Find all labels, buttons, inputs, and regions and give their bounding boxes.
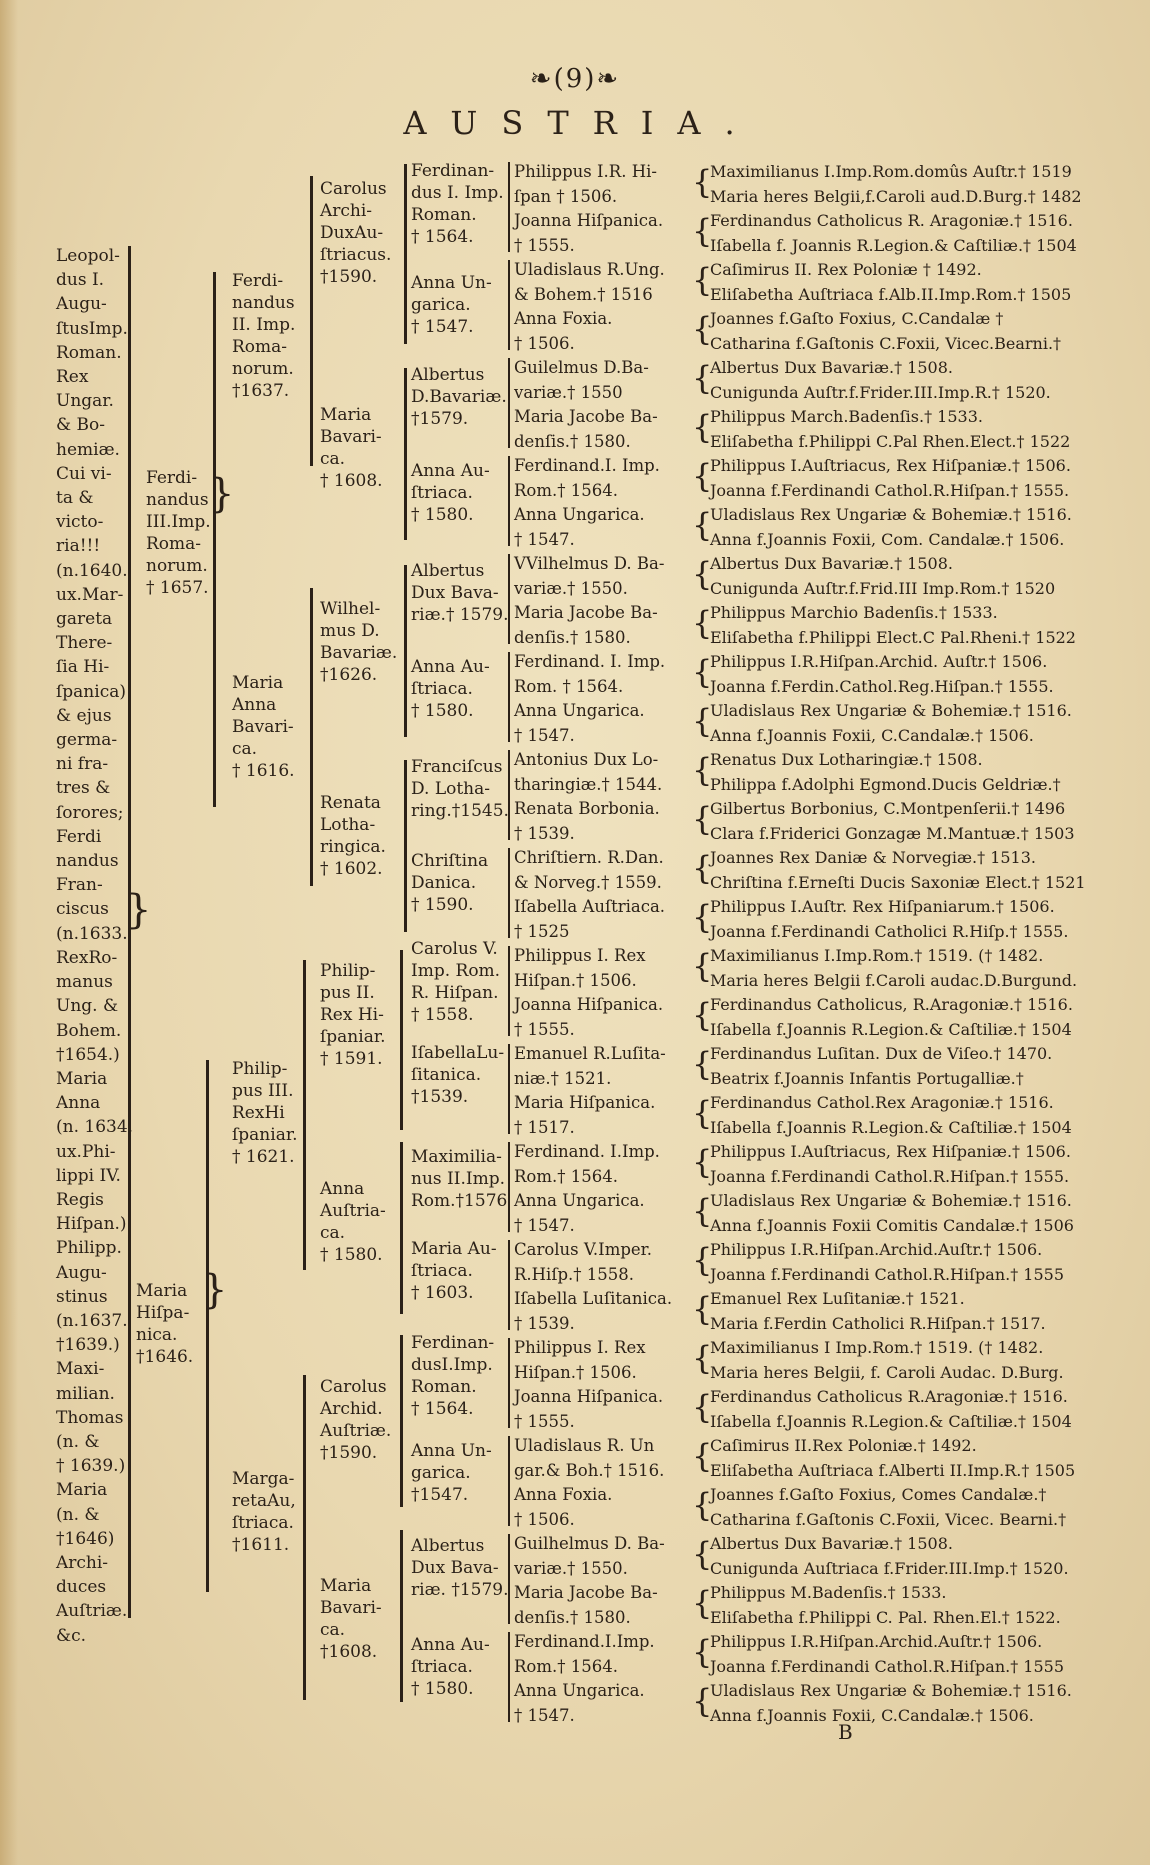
gen6-entry: Iſabella f. Joannis R.Legion.& Caſtiliæ.… — [710, 234, 1150, 259]
gen5-entry: Renata Borbonia. † 1539. — [514, 797, 694, 846]
gen5-bracket-line — [508, 1044, 510, 1134]
father-brace: } — [209, 474, 234, 514]
gen5-bracket-line — [508, 162, 510, 252]
gen5-entry: Uladislaus R.Ung. & Bohem.† 1516 — [514, 258, 694, 307]
gen5-bracket-line — [508, 1240, 510, 1330]
gen6-entry: Renatus Dux Lotharingiæ.† 1508. — [710, 748, 1150, 773]
gen6-entry: Uladislaus Rex Ungariæ & Bohemiæ.† 1516. — [710, 699, 1150, 724]
gen5-bracket-line — [508, 1338, 510, 1428]
gen6-entry: Caſimirus II.Rex Poloniæ.† 1492. — [710, 1434, 1150, 1459]
gen5-entry: Maria Jacobe Ba- denſis.† 1580. — [514, 601, 694, 650]
gen6-entry: Uladislaus Rex Ungariæ & Bohemiæ.† 1516. — [710, 503, 1150, 528]
gen6-entry: Catharina f.Gaſtonis C.Foxii, Vicec.Bear… — [710, 332, 1150, 357]
grandparent-entry: Marga- retaAu, ſtriaca. †1611. — [232, 1468, 306, 1556]
gen6-entry: Cunigunda Auſtr.f.Frid.III Imp.Rom.† 152… — [710, 577, 1150, 602]
grandparent-entry: Philip- pus III. RexHi ſpaniar. † 1621. — [232, 1058, 306, 1168]
gen5-bracket-line — [508, 1534, 510, 1624]
gen6-entry: Maria heres Belgii,f.Caroli aud.D.Burg.†… — [710, 185, 1150, 210]
gen5-entry: Maria Jacobe Ba- denſis.† 1580. — [514, 405, 694, 454]
gen6-entry: Albertus Dux Bavariæ.† 1508. — [710, 356, 1150, 381]
gen5-entry: Joanna Hiſpanica. † 1555. — [514, 209, 694, 258]
gen5-entry: Joanna Hiſpanica. † 1555. — [514, 1385, 694, 1434]
gen6-entry: Joannes f.Gaſto Foxius, Comes Candalæ.† — [710, 1483, 1150, 1508]
gen6-entry: Philippus I.Auſtriacus, Rex Hiſpaniæ.† 1… — [710, 454, 1150, 479]
gp-bracket-line — [303, 960, 306, 1270]
gen6-entry: Eliſabetha f.Philippi C. Pal. Rhen.El.† … — [710, 1606, 1150, 1631]
father-bracket-line — [213, 272, 216, 807]
gen6-entry: Eliſabetha f.Philippi Elect.C Pal.Rheni.… — [710, 626, 1150, 651]
gen6-entry: Uladislaus Rex Ungariæ & Bohemiæ.† 1516. — [710, 1189, 1150, 1214]
gen5-entry: Maria Hiſpanica. † 1517. — [514, 1091, 694, 1140]
gen6-entry: Iſabella f.Joannis R.Legion.& Caſtiliæ.†… — [710, 1410, 1150, 1435]
gen5-entry: Joanna Hiſpanica. † 1555. — [514, 993, 694, 1042]
gen5-bracket-line — [508, 358, 510, 448]
gen6-entry: Caſimirus II. Rex Poloniæ † 1492. — [710, 258, 1150, 283]
page-title: AUSTRIA. — [0, 104, 1150, 142]
gen6-entry: Eliſabetha f.Philippi C.Pal Rhen.Elect.†… — [710, 430, 1150, 455]
gen6-entry: Catharina f.Gaſtonis C.Foxii, Vicec. Bea… — [710, 1508, 1150, 1533]
gen6-entry: Maria heres Belgii f.Caroli audac.D.Burg… — [710, 969, 1150, 994]
gen6-entry: Joanna f.Ferdinandi Cathol.R.Hiſpan.† 15… — [710, 1655, 1150, 1680]
gen6-entry: Ferdinandus Catholicus R. Aragoniæ.† 151… — [710, 209, 1150, 234]
gen6-entry: Emanuel Rex Luſitaniæ.† 1521. — [710, 1287, 1150, 1312]
root-person-line: &c. — [56, 1624, 142, 1648]
ggp-bracket-line — [400, 1142, 403, 1314]
mother-brace: } — [202, 1270, 227, 1310]
gen6-entry: Beatrix f.Joannis Infantis Portugalliæ.† — [710, 1067, 1150, 1092]
gen6-entry: Joanna f.Ferdinandi Catholici R.Hiſp.† 1… — [710, 920, 1150, 945]
gen6-entry: Clara f.Friderici Gonzagæ M.Mantuæ.† 150… — [710, 822, 1150, 847]
gen5-bracket-line — [508, 456, 510, 546]
gen6-entry: Philippus I.Auſtr. Rex Hiſpaniarum.† 150… — [710, 895, 1150, 920]
gen5-entry: VVilhelmus D. Ba- variæ.† 1550. — [514, 552, 694, 601]
root-brace: } — [126, 890, 151, 930]
ggp-bracket-line — [400, 1335, 403, 1507]
great-grandparent-entry: Wilhel- mus D. Bavariæ. †1626. — [320, 598, 398, 686]
gen5-entry: Ferdinand. I. Imp. Rom. † 1564. — [514, 650, 694, 699]
gp-bracket-line — [310, 176, 313, 466]
gen4-entry: Anna Au- ſtriaca. † 1580. — [411, 460, 511, 526]
gen5-bracket-line — [508, 1142, 510, 1232]
gen4-entry: Albertus Dux Bava- riæ.† 1579. — [411, 560, 511, 626]
gen6-entry: Maximilianus I.Imp.Rom.† 1519. († 1482. — [710, 944, 1150, 969]
gen6-entry: Philippus I.Auſtriacus, Rex Hiſpaniæ.† 1… — [710, 1140, 1150, 1165]
gen4-entry: Chriſtina Danica. † 1590. — [411, 850, 511, 916]
gen4-entry: Ferdinan- dus I. Imp. Roman. † 1564. — [411, 160, 511, 248]
great-grandparent-entry: Maria Bavari- ca. †1608. — [320, 1575, 398, 1663]
gen5-bracket-line — [508, 652, 510, 742]
gen5-bracket-line — [508, 848, 510, 938]
gen6-entry: Joanna f.Ferdinandi Cathol.R.Hiſpan.† 15… — [710, 479, 1150, 504]
gen5-bracket-line — [508, 260, 510, 350]
gen6-entry: Philippa f.Adolphi Egmond.Ducis Geldriæ.… — [710, 773, 1150, 798]
gen5-bracket-line — [508, 554, 510, 644]
gen6-entry: Philippus Marchio Badenſis.† 1533. — [710, 601, 1150, 626]
ggp-bracket-line — [404, 760, 407, 932]
gen5-entry: Guilhelmus D. Ba- variæ.† 1550. — [514, 1532, 694, 1581]
page-edge-shadow — [0, 0, 18, 1865]
great-grandparent-entry: Carolus Archid. Auſtriæ. †1590. — [320, 1376, 398, 1464]
gen4-entry: Anna Au- ſtriaca. † 1580. — [411, 1634, 511, 1700]
gen5-entry: Philippus I.R. Hi- ſpan † 1506. — [514, 160, 694, 209]
genealogy-page: ❧(9)❧ AUSTRIA. Leopol-dus I.Augu-ſtusImp… — [0, 0, 1150, 1865]
gen4-entry: Anna Un- garica. † 1547. — [411, 272, 511, 338]
gen6-entry: Philippus I.R.Hiſpan.Archid.Auſtr.† 1506… — [710, 1630, 1150, 1655]
gen4-entry: Anna Un- garica. †1547. — [411, 1440, 511, 1506]
gen6-entry: Iſabella f.Joannis R.Legion.& Caſtiliæ.†… — [710, 1116, 1150, 1141]
gen6-entry: Ferdinandus Luſitan. Dux de Viſeo.† 1470… — [710, 1042, 1150, 1067]
gen6-entry: Ferdinandus Catholicus, R.Aragoniæ.† 151… — [710, 993, 1150, 1018]
gen6-entry: Cunigunda Auſtr.f.Frider.III.Imp.R.† 152… — [710, 381, 1150, 406]
gen6-entry: Joannes Rex Daniæ & Norvegiæ.† 1513. — [710, 846, 1150, 871]
gen4-entry: Maximilia- nus II.Imp. Rom.†1576 — [411, 1146, 511, 1212]
ggp-bracket-line — [400, 950, 403, 1130]
gen6-entry: Gilbertus Borbonius, C.Montpenſerii.† 14… — [710, 797, 1150, 822]
gp-bracket-line — [303, 1375, 306, 1700]
gen5-entry: Iſabella Auſtriaca. † 1525 — [514, 895, 694, 944]
gen4-entry: Anna Au- ſtriaca. † 1580. — [411, 656, 511, 722]
gen6-entry: Philippus M.Badenſis.† 1533. — [710, 1581, 1150, 1606]
gen5-entry: Chriſtiern. R.Dan. & Norveg.† 1559. — [514, 846, 694, 895]
gen6-entry: Cunigunda Auſtriaca f.Frider.III.Imp.† 1… — [710, 1557, 1150, 1582]
gen5-bracket-line — [508, 946, 510, 1036]
mother-bracket-line — [206, 1060, 209, 1592]
ggp-bracket-line — [404, 164, 407, 344]
grandparent-entry: Ferdi- nandus II. Imp. Roma- norum. †163… — [232, 270, 306, 402]
gen4-entry: Franciſcus D. Lotha- ring.†1545. — [411, 756, 511, 822]
gen6-entry: Ferdinandus Catholicus R.Aragoniæ.† 1516… — [710, 1385, 1150, 1410]
signature-mark: B — [838, 1720, 853, 1744]
gen6-entry: Albertus Dux Bavariæ.† 1508. — [710, 1532, 1150, 1557]
gen5-entry: Iſabella Luſitanica. † 1539. — [514, 1287, 694, 1336]
gen5-entry: Emanuel R.Luſita- niæ.† 1521. — [514, 1042, 694, 1091]
gen5-entry: Anna Ungarica. † 1547. — [514, 1189, 694, 1238]
ggp-bracket-line — [400, 1530, 403, 1702]
great-grandparent-entry: Philip- pus II. Rex Hi- ſpaniar. † 1591. — [320, 960, 398, 1070]
gen6-entry: Anna f.Joannis Foxii Comitis Candalæ.† 1… — [710, 1214, 1150, 1239]
father-entry: Ferdi- nandus III.Imp. Roma- norum. † 16… — [146, 467, 216, 599]
gen4-entry: IſabellaLu- ſitanica. †1539. — [411, 1042, 511, 1108]
great-grandparent-entry: Anna Auſtria- ca. † 1580. — [320, 1178, 398, 1266]
gen6-entry: Chriſtina f.Erneſti Ducis Saxoniæ Elect.… — [710, 871, 1150, 896]
ggp-bracket-line — [404, 368, 407, 540]
gen6-entry: Albertus Dux Bavariæ.† 1508. — [710, 552, 1150, 577]
gen4-entry: Maria Au- ſtriaca. † 1603. — [411, 1238, 511, 1304]
gen6-entry: Maximilianus I.Imp.Rom.domûs Auſtr.† 151… — [710, 160, 1150, 185]
gen5-entry: Philippus I. Rex Hiſpan.† 1506. — [514, 944, 694, 993]
gen5-bracket-line — [508, 1632, 510, 1722]
gen6-entry: Philippus March.Badenſis.† 1533. — [710, 405, 1150, 430]
ggp-bracket-line — [404, 565, 407, 737]
gen5-entry: Anna Foxia. † 1506. — [514, 1483, 694, 1532]
gen6-entry: Maximilianus I Imp.Rom.† 1519. († 1482. — [710, 1336, 1150, 1361]
gen4-entry: Albertus Dux Bava- riæ. †1579. — [411, 1535, 511, 1601]
gen6-entry: Philippus I.R.Hiſpan.Archid. Auſtr.† 150… — [710, 650, 1150, 675]
gen6-entry: Joanna f.Ferdinandi Cathol.R.Hiſpan.† 15… — [710, 1263, 1150, 1288]
gen5-bracket-line — [508, 1436, 510, 1526]
gen5-entry: Anna Ungarica. † 1547. — [514, 1679, 694, 1728]
gen6-entry: Anna f.Joannis Foxii, C.Candalæ.† 1506. — [710, 724, 1150, 749]
gen6-entry: Eliſabetha Auſtriaca f.Alberti II.Imp.R.… — [710, 1459, 1150, 1484]
gen5-entry: Philippus I. Rex Hiſpan.† 1506. — [514, 1336, 694, 1385]
gen5-entry: Antonius Dux Lo- tharingiæ.† 1544. — [514, 748, 694, 797]
gen5-entry: Uladislaus R. Un gar.& Boh.† 1516. — [514, 1434, 694, 1483]
gen6-entry: Iſabella f.Joannis R.Legion.& Caſtiliæ.†… — [710, 1018, 1150, 1043]
gen6-entry: Ferdinandus Cathol.Rex Aragoniæ.† 1516. — [710, 1091, 1150, 1116]
gen5-entry: Guilelmus D.Ba- variæ.† 1550 — [514, 356, 694, 405]
great-grandparent-entry: Renata Lotha- ringica. † 1602. — [320, 792, 398, 880]
great-grandparent-entry: Carolus Archi- DuxAu- ſtriacus. †1590. — [320, 178, 398, 288]
gen5-entry: Ferdinand.I. Imp. Rom.† 1564. — [514, 454, 694, 503]
gen5-bracket-line — [508, 750, 510, 840]
gen6-entry: Eliſabetha Auſtriaca f.Alb.II.Imp.Rom.† … — [710, 283, 1150, 308]
great-grandparent-entry: Maria Bavari- ca. † 1608. — [320, 404, 398, 492]
gen6-entry: Joanna f.Ferdin.Cathol.Reg.Hiſpan.† 1555… — [710, 675, 1150, 700]
gen6-entry: Maria heres Belgii, f. Caroli Audac. D.B… — [710, 1361, 1150, 1386]
gen5-entry: Anna Ungarica. † 1547. — [514, 699, 694, 748]
gen5-entry: Carolus V.Imper. R.Hiſp.† 1558. — [514, 1238, 694, 1287]
gen5-entry: Ferdinand. I.Imp. Rom.† 1564. — [514, 1140, 694, 1189]
gen4-entry: Carolus V. Imp. Rom. R. Hiſpan. † 1558. — [411, 938, 511, 1026]
gen6-entry: Joannes f.Gaſto Foxius, C.Candalæ † — [710, 307, 1150, 332]
gen6-entry: Maria f.Ferdin Catholici R.Hiſpan.† 1517… — [710, 1312, 1150, 1337]
gen5-entry: Anna Ungarica. † 1547. — [514, 503, 694, 552]
gen6-entry: Philippus I.R.Hiſpan.Archid.Auſtr.† 1506… — [710, 1238, 1150, 1263]
gen4-entry: Albertus D.Bavariæ. †1579. — [411, 364, 511, 430]
gp-bracket-line — [310, 588, 313, 886]
gen5-entry: Anna Foxia. † 1506. — [514, 307, 694, 356]
gen5-entry: Maria Jacobe Ba- denſis.† 1580. — [514, 1581, 694, 1630]
gen6-entry: Uladislaus Rex Ungariæ & Bohemiæ.† 1516. — [710, 1679, 1150, 1704]
mother-entry: Maria Hiſpa- nica. †1646. — [136, 1280, 206, 1368]
gen4-entry: Ferdinan- dusI.Imp. Roman. † 1564. — [411, 1332, 511, 1420]
gen6-entry: Joanna f.Ferdinandi Cathol.R.Hiſpan.† 15… — [710, 1165, 1150, 1190]
page-number: ❧(9)❧ — [0, 64, 1150, 94]
gen6-entry: Anna f.Joannis Foxii, Com. Candalæ.† 150… — [710, 528, 1150, 553]
gen6-entry: Anna f.Joannis Foxii, C.Candalæ.† 1506. — [710, 1704, 1150, 1729]
gen5-entry: Ferdinand.I.Imp. Rom.† 1564. — [514, 1630, 694, 1679]
grandparent-entry: Maria Anna Bavari- ca. † 1616. — [232, 672, 306, 782]
